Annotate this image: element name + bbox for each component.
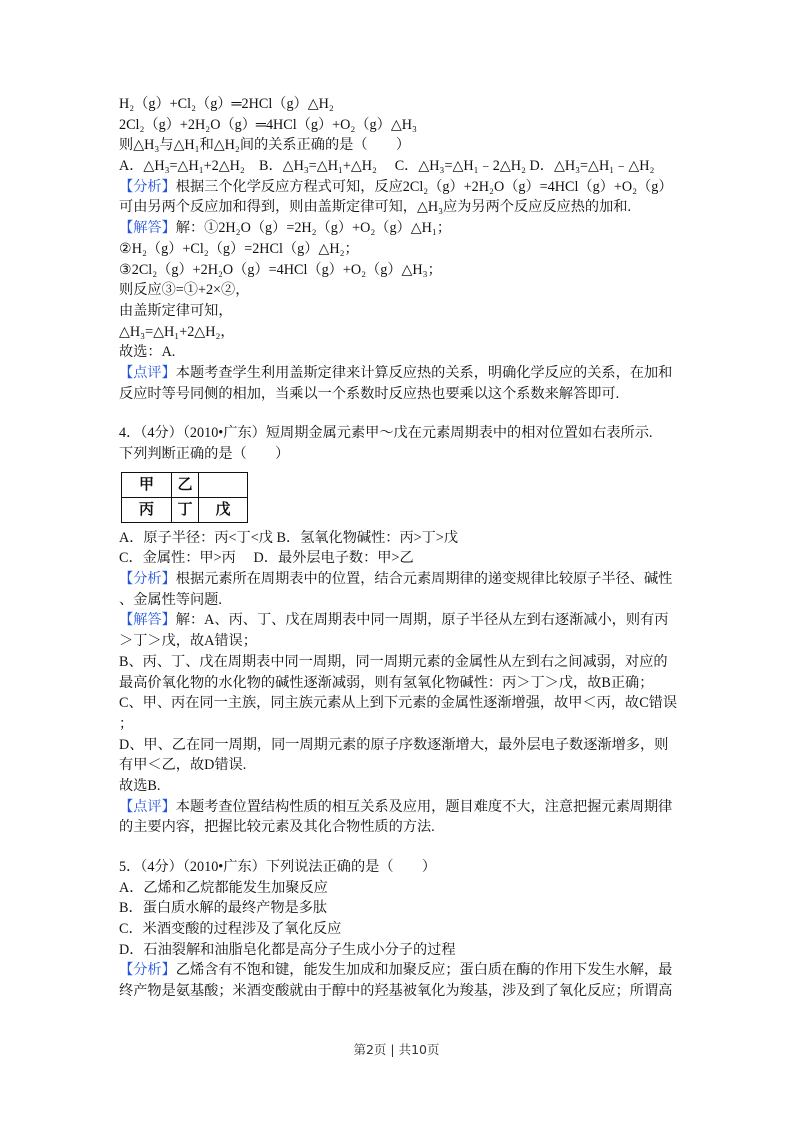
- q4-answer-line: 最高价氧化物的水化物的碱性逐渐减弱，则有氢氧化物碱性：丙＞丁＞戊，故B正确；: [119, 673, 679, 694]
- q5-option: D．石油裂解和油脂皂化都是高分子生成小分子的过程: [119, 940, 679, 961]
- q4-stem: 4．（4分）（2010•广东）短周期金属元素甲～戊在元素周期表中的相对位置如右表…: [119, 423, 679, 444]
- page-content: H₂（g）+Cl₂（g）═2HCl（g）△H₂ 2Cl₂（g）+2H₂O（g）═…: [119, 94, 679, 1002]
- q4-answer-line: ＞丁＞戊，故A错误；: [119, 631, 679, 652]
- q4-comment-cont: 的主要内容，把握比较元素及其化合物性质的方法.: [119, 817, 679, 838]
- spacer: [119, 838, 679, 857]
- table-cell: [199, 472, 248, 497]
- q4-stem-cont: 下列判断正确的是（ ）: [119, 444, 679, 465]
- q3-analysis-cont: 可由另两个反应加和得到，则由盖斯定律可知，△H₃应为另两个反应反应热的加和.: [119, 197, 679, 218]
- periodic-position-table: 甲 乙 丙 丁 戊: [121, 472, 248, 523]
- equation-3: 2Cl₂（g）+2H₂O（g）═4HCl（g）+O₂（g）△H₃: [119, 115, 679, 136]
- table-cell: 乙: [172, 472, 199, 497]
- table-cell: 甲: [122, 472, 172, 497]
- q3-answer-line: 则反应③=①+2×②，: [119, 280, 679, 301]
- analysis-label: 【分析】: [119, 179, 176, 195]
- q4-comment: 【点评】本题考查位置结构性质的相互关系及应用，题目难度不大，注意把握元素周期律: [119, 797, 679, 818]
- answer-label: 【解答】: [119, 220, 176, 236]
- table-cell: 丁: [172, 497, 199, 522]
- table-row: 甲 乙: [122, 472, 248, 497]
- q3-answer: 【解答】解：①2H₂O（g）=2H₂（g）+O₂（g）△H₁；: [119, 218, 679, 239]
- q5-stem: 5．（4分）（2010•广东）下列说法正确的是（ ）: [119, 857, 679, 878]
- answer-text: 解：①2H₂O（g）=2H₂（g）+O₂（g）△H₁；: [176, 220, 451, 236]
- table-cell: 戊: [199, 497, 248, 522]
- q5-analysis-cont: 终产物是氨基酸；米酒变酸就由于醇中的羟基被氧化为羧基，涉及到了氧化反应；所谓高: [119, 981, 679, 1002]
- q5-option: B．蛋白质水解的最终产物是多肽: [119, 898, 679, 919]
- q5-option: C．米酒变酸的过程涉及了氧化反应: [119, 919, 679, 940]
- analysis-text: 乙烯含有不饱和键，能发生加成和加聚反应；蛋白质在酶的作用下发生水解，最: [176, 962, 673, 978]
- q4-answer-line: B、丙、丁、戊在周期表中同一周期，同一周期元素的金属性从左到右之间减弱，对应的: [119, 652, 679, 673]
- q5-option: A．乙烯和乙烷都能发生加聚反应: [119, 878, 679, 899]
- q3-answer-line: 故选：A.: [119, 342, 679, 363]
- q5-analysis: 【分析】乙烯含有不饱和键，能发生加成和加聚反应；蛋白质在酶的作用下发生水解，最: [119, 960, 679, 981]
- analysis-label: 【分析】: [119, 571, 176, 587]
- q3-question: 则△H₃与△H₁和△H₂间的关系正确的是（ ）: [119, 135, 679, 156]
- q4-answer-line: 有甲＜乙，故D错误.: [119, 755, 679, 776]
- q4-answer-line: ；: [119, 714, 679, 735]
- analysis-label: 【分析】: [119, 962, 176, 978]
- table-row: 丙 丁 戊: [122, 497, 248, 522]
- comment-label: 【点评】: [119, 365, 176, 381]
- q4-analysis: 【分析】根据元素所在周期表中的位置，结合元素周期律的递变规律比较原子半径、碱性: [119, 569, 679, 590]
- table-cell: 丙: [122, 497, 172, 522]
- comment-text: 本题考查位置结构性质的相互关系及应用，题目难度不大，注意把握元素周期律: [176, 799, 673, 815]
- document-page: H₂（g）+Cl₂（g）═2HCl（g）△H₂ 2Cl₂（g）+2H₂O（g）═…: [0, 0, 793, 1122]
- q4-analysis-cont: 、金属性等问题.: [119, 590, 679, 611]
- q3-analysis: 【分析】根据三个化学反应方程式可知，反应2Cl₂（g）+2H₂O（g）=4HCl…: [119, 177, 679, 198]
- q4-answer-line: D、甲、乙在同一周期，同一周期元素的原子序数逐渐增大，最外层电子数逐渐增多，则: [119, 735, 679, 756]
- q3-answer-line: 由盖斯定律可知，: [119, 301, 679, 322]
- q3-answer-line: ②H₂（g）+Cl₂（g）=2HCl（g）△H₂；: [119, 239, 679, 260]
- equation-2: H₂（g）+Cl₂（g）═2HCl（g）△H₂: [119, 94, 679, 115]
- comment-label: 【点评】: [119, 799, 176, 815]
- q3-comment: 【点评】本题考查学生利用盖斯定律来计算反应热的关系，明确化学反应的关系，在加和: [119, 363, 679, 384]
- answer-text: 解：A、丙、丁、戊在周期表中同一周期，原子半径从左到右逐渐减小，则有丙: [176, 612, 669, 628]
- q3-answer-line: △H₃=△H₁+2△H₂，: [119, 322, 679, 343]
- q4-options: C．金属性：甲>丙 D．最外层电子数：甲>乙: [119, 548, 679, 569]
- analysis-text: 根据三个化学反应方程式可知，反应2Cl₂（g）+2H₂O（g）=4HCl（g）+…: [176, 179, 673, 195]
- q3-comment-cont: 反应时等号同侧的相加，当乘以一个系数时反应热也要乘以这个系数来解答即可.: [119, 384, 679, 405]
- answer-label: 【解答】: [119, 612, 176, 628]
- q4-answer-line: 故选B.: [119, 776, 679, 797]
- spacer: [119, 404, 679, 423]
- q4-answer-line: C、甲、丙在同一主族，同主族元素从上到下元素的金属性逐渐增强，故甲＜丙，故C错误: [119, 693, 679, 714]
- page-footer: 第2页 | 共10页: [0, 1040, 793, 1058]
- analysis-text: 根据元素所在周期表中的位置，结合元素周期律的递变规律比较原子半径、碱性: [176, 571, 673, 587]
- q4-answer: 【解答】解：A、丙、丁、戊在周期表中同一周期，原子半径从左到右逐渐减小，则有丙: [119, 610, 679, 631]
- q3-options: A．△H₃=△H₁+2△H₂ B．△H₃=△H₁+△H₂ C．△H₃=△H₁﹣2…: [119, 156, 679, 177]
- comment-text: 本题考查学生利用盖斯定律来计算反应热的关系，明确化学反应的关系，在加和: [176, 365, 673, 381]
- q3-answer-line: ③2Cl₂（g）+2H₂O（g）=4HCl（g）+O₂（g）△H₃；: [119, 260, 679, 281]
- q4-options: A．原子半径：丙<丁<戊 B．氢氧化物碱性：丙>丁>戊: [119, 528, 679, 549]
